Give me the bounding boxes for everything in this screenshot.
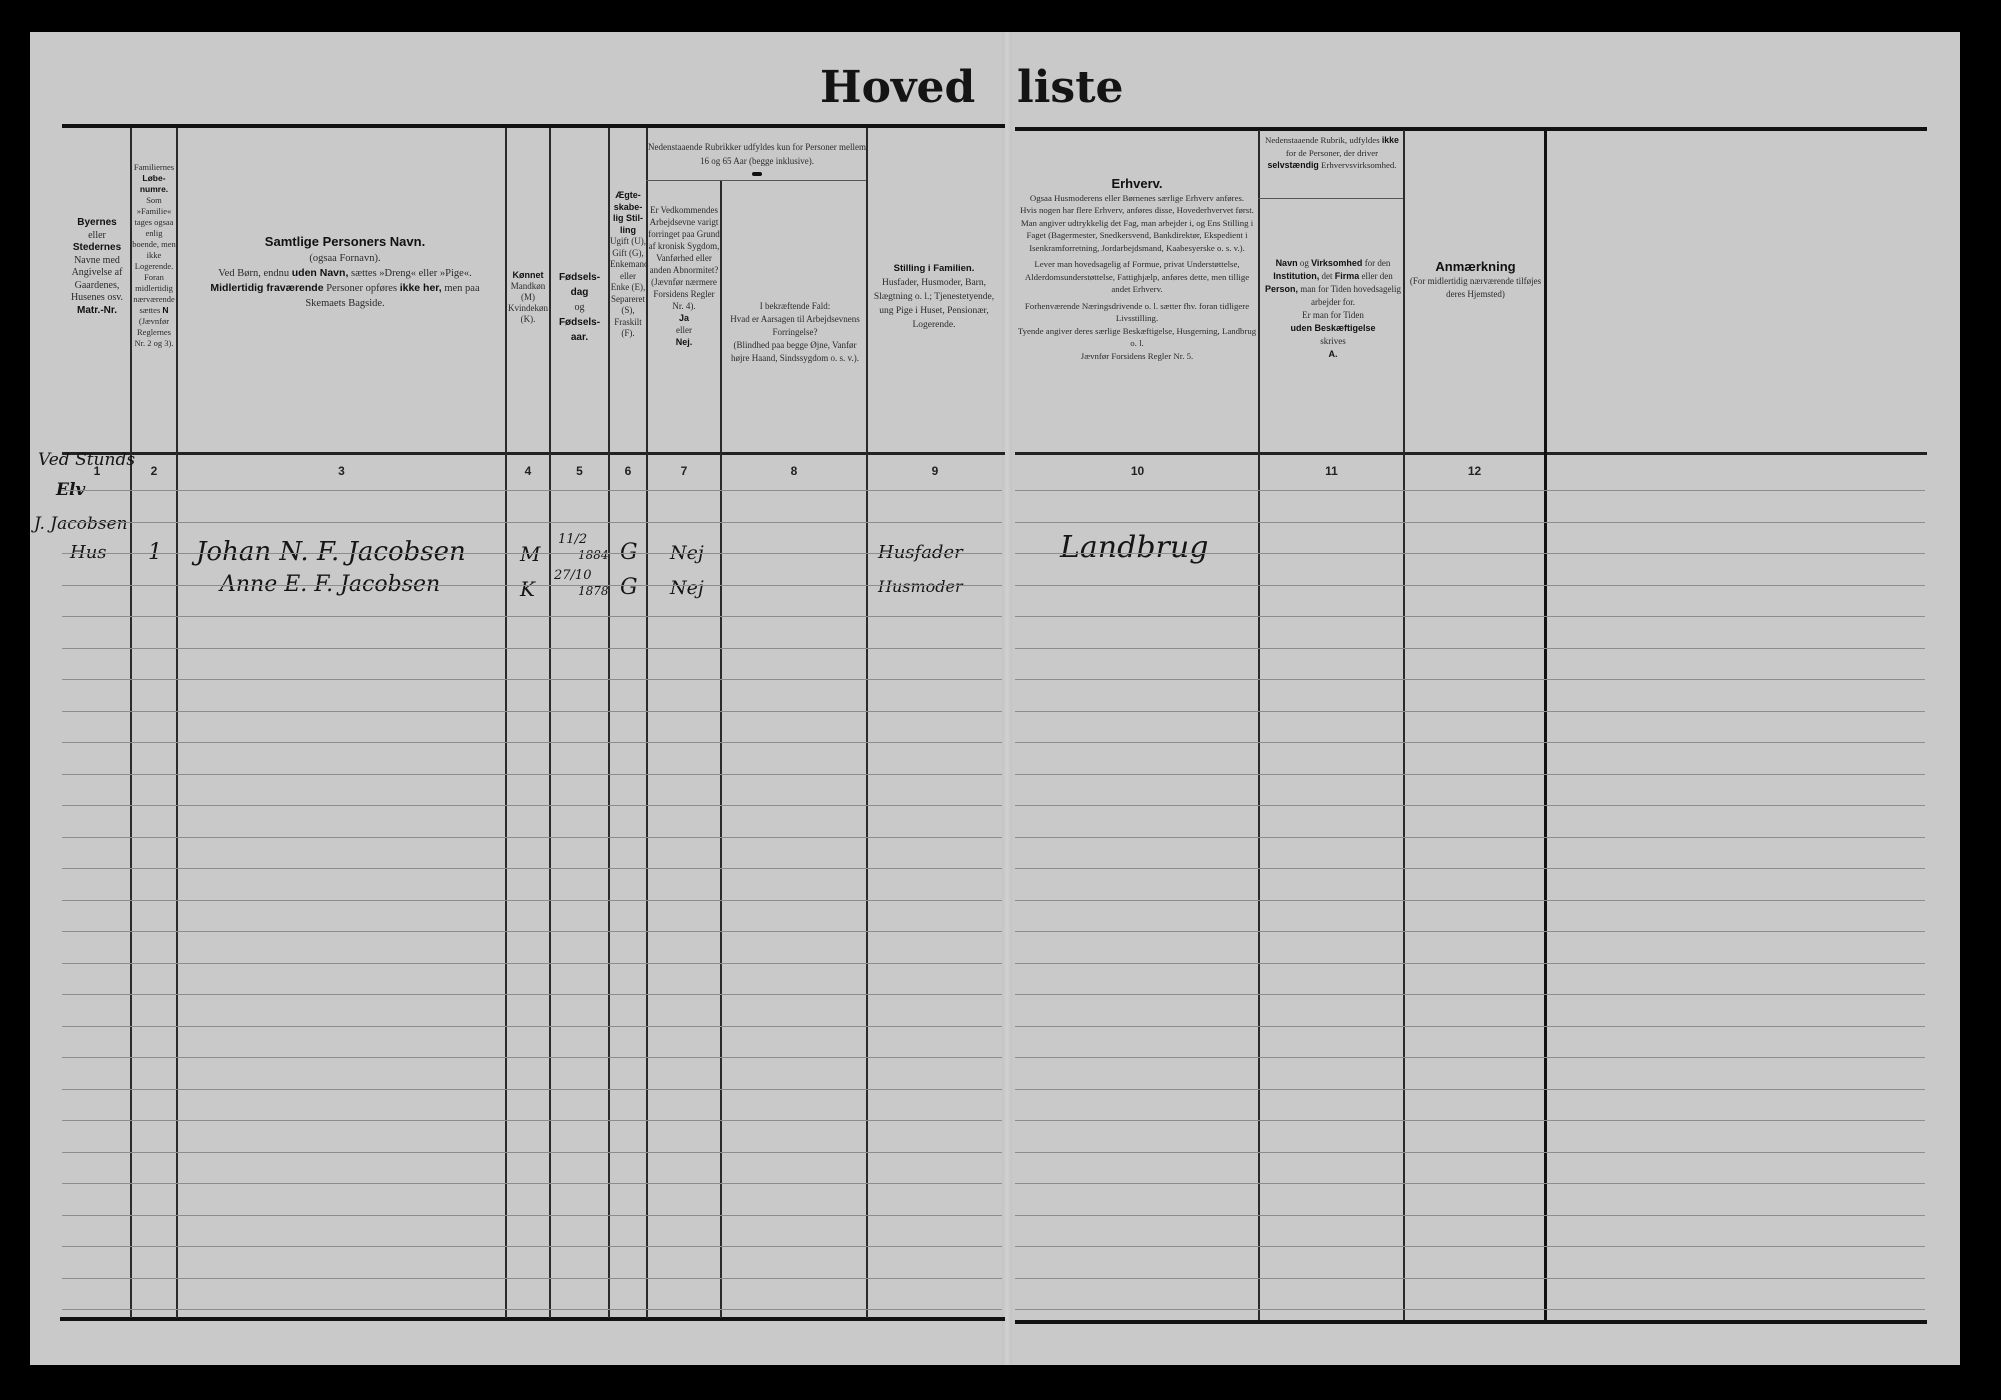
header-col9-l1: Stilling i Familien. (894, 263, 975, 274)
header-col11-l10: man for Tiden hovedsagelig arbejder for. (1300, 284, 1401, 307)
header-col8: I bekræftende Fald: Hvad er Aarsagen til… (724, 300, 866, 365)
header-col1-l3: Stedernes (73, 242, 121, 253)
row-line (62, 585, 1002, 586)
row-line (62, 1057, 1002, 1058)
header-col5-l3: Fødsels-aar. (559, 317, 600, 343)
header-group11-l2: ikke (1382, 135, 1399, 145)
colnum-5: 5 (551, 464, 608, 478)
row-line (62, 742, 1002, 743)
row-line (62, 931, 1002, 932)
row-line (62, 963, 1002, 964)
row-line (62, 1215, 1002, 1216)
header-col11-l3: Virksomhed (1311, 258, 1362, 268)
colnum-2: 2 (132, 464, 176, 478)
header-col7-l4: Nej. (676, 337, 693, 347)
header-col11-l8: eller den (1362, 271, 1393, 281)
dash-mark (752, 172, 762, 176)
row-line (62, 1309, 1002, 1310)
header-col1-l4: Navne med Angivelse af Gaardenes, Husene… (71, 255, 123, 304)
row-line (62, 553, 1002, 554)
header-col4-l1: Kønnet (513, 270, 544, 280)
header-col11-l6: det (1322, 271, 1333, 281)
row-line (1015, 963, 1925, 964)
header-col2-l1: Familiernes (134, 162, 174, 172)
row-line (1015, 1215, 1925, 1216)
header-col6-l2: Ugift (U), Gift (G), Enkemand eller Enke… (610, 236, 649, 338)
row-line (1015, 742, 1925, 743)
header-col11-l5: Institution, (1273, 271, 1319, 281)
header-col3-l3a: Ved Børn, endnu (218, 268, 289, 279)
right-bottom-rule (1015, 1320, 1927, 1324)
header-col3-l3b: uden Navn, (292, 267, 349, 279)
row-line (1015, 1278, 1925, 1279)
right-top-rule (1015, 127, 1927, 131)
header-col11-l7: Firma (1335, 271, 1360, 281)
header-group11-l5: Erhvervsvirksomhed. (1321, 160, 1397, 170)
person1-birth-year: 1884 (578, 548, 609, 562)
header-col8-l1: I bekræftende Fald: (760, 301, 830, 311)
row-line (1015, 1120, 1925, 1121)
header-col6: Ægte-skabe-lig Stil-ling Ugift (U), Gift… (610, 190, 646, 340)
header-col7-l2: Ja (679, 313, 689, 323)
header-col11-l2: og (1300, 258, 1309, 268)
row-line (62, 774, 1002, 775)
header-col10-l2: Ogsaa Husmoderens eller Børnenes særlige… (1030, 193, 1244, 203)
header-col11-l13: skrives (1320, 336, 1346, 346)
row-line (1015, 868, 1925, 869)
person2-sex: K (520, 577, 535, 601)
row-line (1015, 837, 1925, 838)
row-line (1015, 1026, 1925, 1027)
row-line (1015, 1246, 1925, 1247)
header-col3-l4c: ikke her, (400, 282, 442, 294)
left-top-rule (62, 124, 1005, 128)
row-line (62, 994, 1002, 995)
row-line (62, 490, 1002, 491)
row-line (62, 1152, 1002, 1153)
header-col11-l11: Er man for Tiden (1302, 310, 1364, 320)
row-line (62, 648, 1002, 649)
header-col11-l4: for den (1365, 258, 1391, 268)
title-left: Hoved (820, 62, 975, 113)
header-col8-l2: Hvad er Aarsagen til Arbejdsevnens Forri… (730, 314, 859, 337)
header-col2-l2: Løbe-numre. (140, 173, 168, 194)
row-line (62, 1278, 1002, 1279)
row-line (62, 616, 1002, 617)
colnum-4: 4 (507, 464, 549, 478)
header-col7-l3: eller (676, 325, 692, 335)
row-line (1015, 1152, 1925, 1153)
row-line (1015, 1057, 1925, 1058)
header-col7-l1: Er Vedkommendes Arbejdsevne varigt forri… (648, 205, 719, 311)
header-group78-text: Nedenstaaende Rubrikker udfyldes kun for… (648, 142, 866, 166)
header-col3-l4b: Personer opføres (326, 283, 397, 294)
header-col1: Byernes eller Stedernes Navne med Angive… (64, 217, 130, 317)
row-line (62, 1246, 1002, 1247)
row-line (1015, 553, 1925, 554)
row-line (1015, 994, 1925, 995)
colnum-12: 12 (1405, 464, 1544, 478)
header-col2-l5: (Jævnfør Reglernes Nr. 2 og 3). (135, 316, 174, 348)
row-line (1015, 522, 1925, 523)
header-group11: Nedenstaaende Rubrik, udfyldes ikke for … (1261, 134, 1403, 172)
header-col2-l3: Som »Familie« tages ogsaa enlig boende, … (132, 195, 175, 315)
header-col6-l1: Ægte-skabe-lig Stil-ling (613, 190, 643, 235)
place-line1: Ved Stunds (38, 450, 135, 470)
place-line3: J. Jacobsen (34, 514, 128, 534)
header-group11-l3: for de Personer, der driver (1286, 148, 1378, 158)
group78-divider (646, 180, 866, 181)
header-col10-l8: Jævnfør Forsidens Regler Nr. 5. (1081, 351, 1193, 361)
header-col3: Samtlige Personers Navn. (ogsaa Fornavn)… (205, 234, 485, 311)
col-divider-11-12 (1403, 130, 1405, 1320)
header-col7: Er Vedkommendes Arbejdsevne varigt forri… (648, 204, 720, 348)
colnum-9: 9 (868, 464, 1002, 478)
row-line (1015, 585, 1925, 586)
header-col10-l7: Tyende angiver deres særlige Beskæftigel… (1018, 326, 1256, 349)
header-col11-l9: Person, (1265, 284, 1298, 294)
census-form-page: Hoved liste Byernes eller Stedernes Navn… (30, 32, 1960, 1365)
row-line (1015, 931, 1925, 932)
header-col4: Kønnet Mandkøn (M) Kvindekøn (K). (507, 270, 549, 325)
col-divider-12-extra (1544, 130, 1547, 1320)
title-right: liste (1017, 62, 1124, 113)
header-col2-l4: N (162, 305, 168, 315)
row-line (1015, 774, 1925, 775)
header-col5: Fødsels-dag og Fødsels-aar. (551, 270, 608, 345)
header-col3-l3c: sættes »Dreng« eller »Pige«. (351, 268, 472, 279)
header-col3-l2: (ogsaa Fornavn). (309, 253, 380, 264)
row-line (1015, 1089, 1925, 1090)
row-line (1015, 616, 1925, 617)
row-line (1015, 490, 1925, 491)
header-col9: Stilling i Familien. Husfader, Husmoder,… (868, 262, 1000, 332)
header-col11-l12: uden Beskæftigelse (1290, 323, 1375, 333)
colnum-10: 10 (1017, 464, 1258, 478)
person2-marital: G (620, 575, 638, 600)
row-line (1015, 805, 1925, 806)
header-col3-title: Samtlige Personers Navn. (265, 234, 425, 249)
header-col1-l1: Byernes (77, 217, 116, 228)
person2-family-position: Husmoder (878, 577, 963, 596)
header-col2: Familiernes Løbe-numre. Som »Familie« ta… (132, 162, 176, 349)
header-col11-l14: A. (1329, 349, 1338, 359)
row-line (1015, 900, 1925, 901)
col-divider-2-3 (176, 128, 178, 1318)
colnum-7: 7 (648, 464, 720, 478)
col-divider-7-8 (720, 180, 722, 1318)
col-divider-10-11 (1258, 130, 1260, 1320)
person2-work-reduced: Nej (670, 577, 704, 599)
header-group11-l1: Nedenstaaende Rubrik, udfyldes (1265, 135, 1380, 145)
row-line (1015, 1183, 1925, 1184)
row-line (62, 1089, 1002, 1090)
header-col5-l2: og (575, 302, 585, 313)
row-line (1015, 648, 1925, 649)
header-col11: Navn og Virksomhed for den Institution, … (1263, 257, 1403, 361)
row-line (62, 1120, 1002, 1121)
header-col4-l2: Mandkøn (M) Kvindekøn (K). (508, 281, 548, 324)
row-line (62, 1026, 1002, 1027)
person2-birth-day: 27/10 (554, 568, 591, 583)
row-line (62, 805, 1002, 806)
person2-birth-year: 1878 (578, 584, 609, 598)
header-col8-l3: (Blindhed paa begge Øjne, Vanfør højre H… (731, 340, 859, 363)
row-line (62, 900, 1002, 901)
colnum-11: 11 (1260, 464, 1403, 478)
header-col1-l5: Matr.-Nr. (77, 305, 117, 316)
header-col5-l1: Fødsels-dag (559, 272, 600, 298)
header-col9-l2: Husfader, Husmoder, Barn, Slægtning o. l… (874, 278, 994, 330)
left-bottom-rule (60, 1317, 1005, 1321)
person1-sex: M (520, 542, 540, 566)
colnum-3: 3 (178, 464, 505, 478)
row-line (62, 711, 1002, 712)
row-line (1015, 679, 1925, 680)
header-col12-title: Anmærkning (1435, 259, 1515, 274)
row-line (62, 868, 1002, 869)
header-col10-l3: Hvis nogen har flere Erhverv, anføres di… (1020, 205, 1254, 215)
row-line (1015, 1309, 1925, 1310)
header-col10: Erhverv. Ogsaa Husmoderens eller Børnene… (1017, 178, 1257, 362)
page-gutter (1002, 32, 1012, 1365)
colnum-6: 6 (610, 464, 646, 478)
person1-occupation: Landbrug (1060, 530, 1208, 565)
left-header-rule (62, 452, 1005, 455)
row-line (62, 522, 1002, 523)
row-line (62, 679, 1002, 680)
header-col12: Anmærkning (For midlertidig nærværende t… (1407, 260, 1544, 301)
header-col12-l2: (For midlertidig nærværende tilføjes der… (1410, 276, 1541, 299)
header-group11-l4: selvstændig (1267, 160, 1318, 170)
header-col10-l6: Forhenværende Næringsdrivende o. l. sætt… (1025, 301, 1249, 324)
right-header-rule (1015, 452, 1927, 455)
header-group78: Nedenstaaende Rubrikker udfyldes kun for… (648, 140, 866, 168)
person1-name: Johan N. F. Jacobsen (196, 537, 466, 567)
header-col1-l2: eller (88, 230, 106, 241)
header-col10-l4: Man angiver udtrykkelig det Fag, man arb… (1021, 218, 1253, 253)
row-line (1015, 711, 1925, 712)
group11-divider (1258, 198, 1403, 199)
row-line (62, 837, 1002, 838)
header-col11-l1: Navn (1276, 258, 1298, 268)
person1-birth-day: 11/2 (558, 532, 587, 547)
header-col3-l4a: Midlertidig fraværende (210, 282, 323, 294)
colnum-8: 8 (722, 464, 866, 478)
row-line (62, 1183, 1002, 1184)
header-col10-l5: Lever man hovedsagelig af Formue, privat… (1025, 259, 1249, 294)
header-col10-title: Erhverv. (1111, 176, 1162, 191)
